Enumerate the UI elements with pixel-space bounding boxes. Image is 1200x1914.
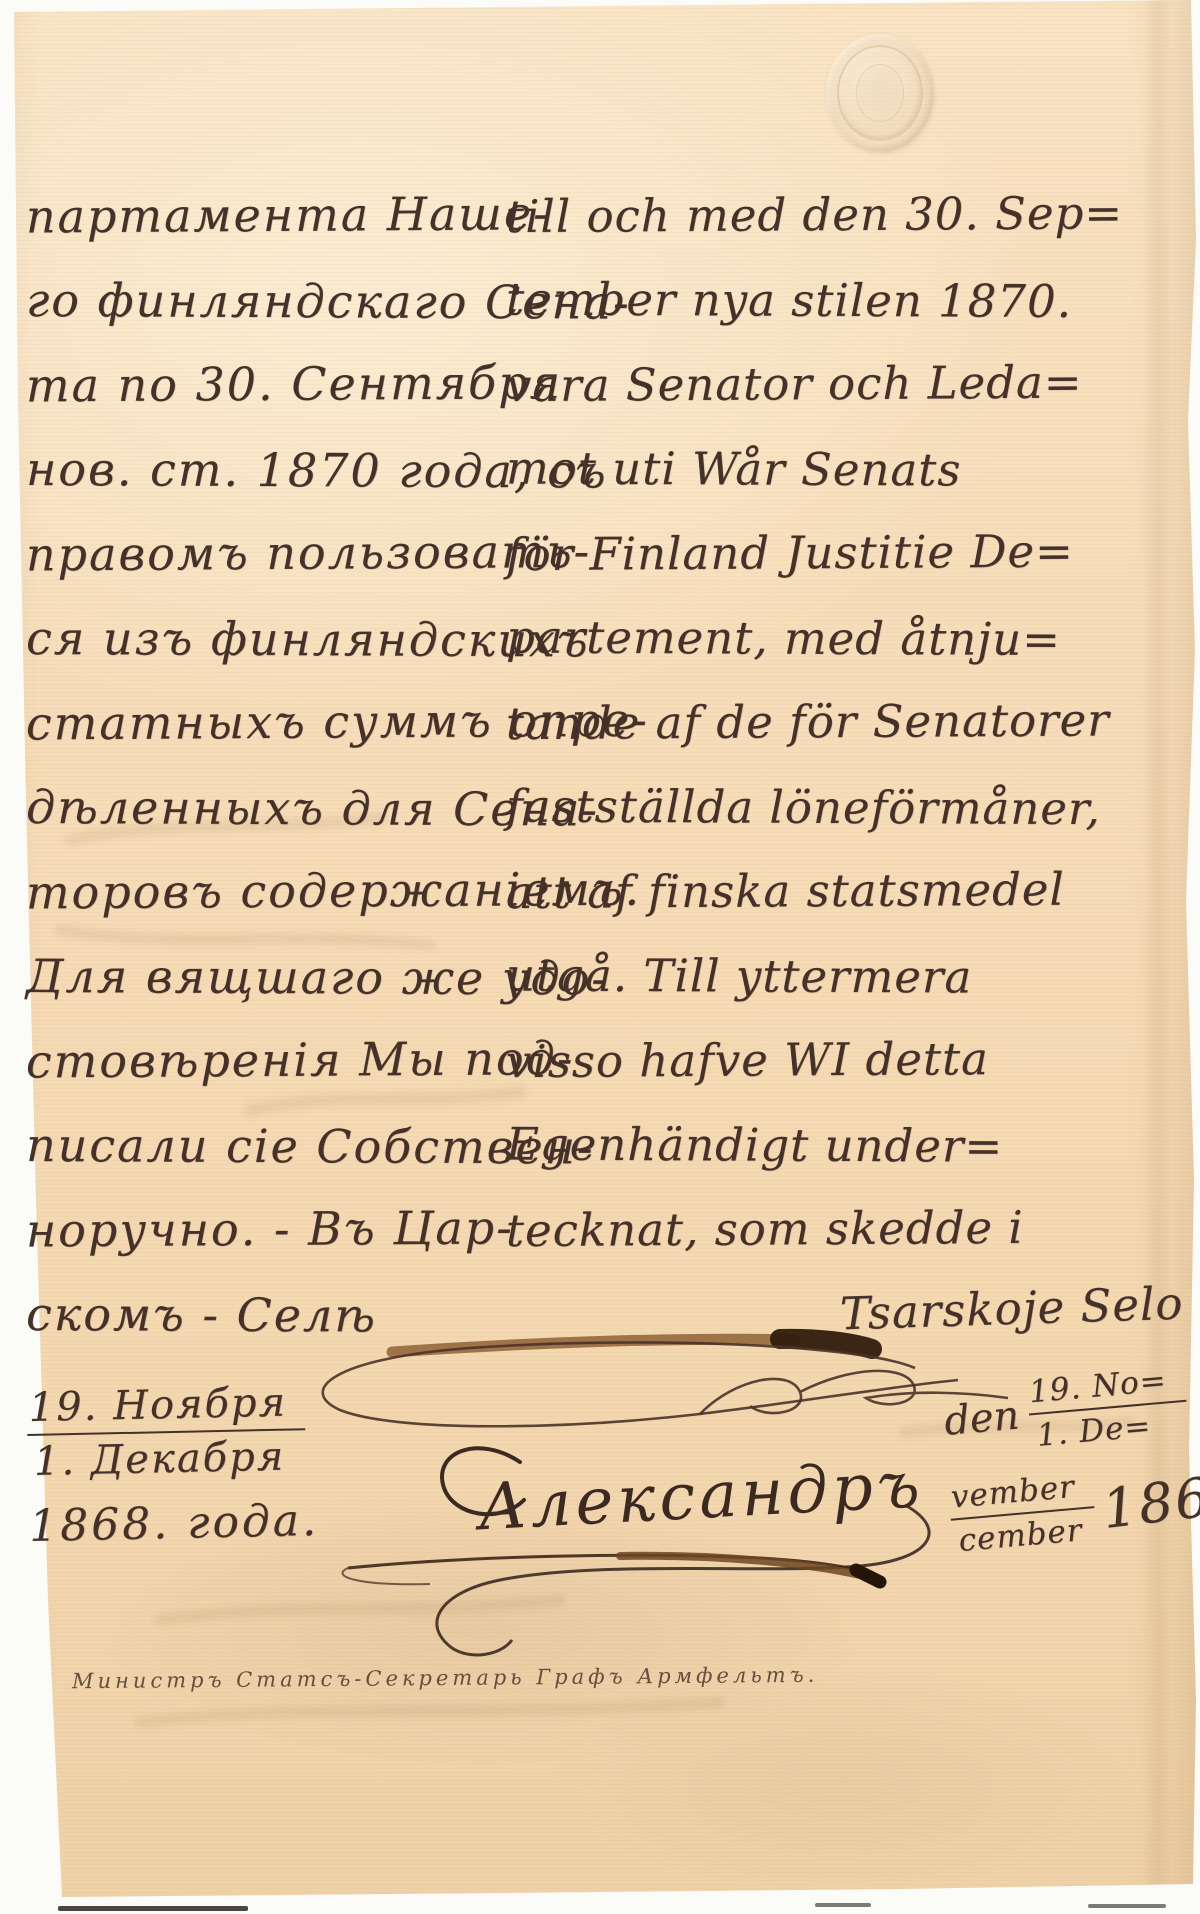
text-line: att af finska statsmedel (506, 862, 1199, 951)
text-line: utgå. Till yttermera (506, 948, 1198, 1036)
date-fraction: 19. Ноября 1. Декабря (26, 1379, 306, 1485)
place-line: Tsarskoje Selo (505, 1276, 1199, 1382)
right-date-block: den 19. No= 1. De= vember cember 1868. (941, 1355, 1200, 1560)
text-line: писали сіе Собствен- (26, 1117, 504, 1204)
text-line: правомъ пользовать- (26, 525, 505, 612)
embossed-seal-icon (826, 34, 934, 152)
left-date-block: 19. Ноября 1. Декабря 1868. года. (26, 1379, 319, 1552)
text-line: tember nya stilen 1870. (506, 272, 1198, 360)
text-line: стовѣренія Мы под- (26, 1032, 505, 1119)
text-line: fastställda löneförmåner, (506, 779, 1198, 867)
text-line: го финляндскаго Сена- (26, 272, 504, 359)
text-line: partement, med åtnju= (506, 610, 1198, 698)
text-line: mot uti Wår Senats (506, 441, 1198, 529)
russian-column: партамента Наше- го финляндскаго Сена- т… (26, 188, 504, 1371)
text-line: та по 30. Сентября (26, 356, 505, 443)
text-line: торовъ содержаніемъ. (26, 863, 505, 950)
date-fraction: vember cember (947, 1467, 1098, 1559)
text-line: tande af de för Senatorer (506, 693, 1199, 782)
date-year: 1868. года. (29, 1495, 320, 1552)
text-line: för Finland Justitie De= (506, 524, 1199, 613)
text-line: скомъ - Селѣ (26, 1286, 504, 1373)
date-prefix: den (942, 1392, 1021, 1444)
text-line: нов. ст. 1870 года, съ (26, 441, 504, 528)
scan-artifact (58, 1906, 248, 1911)
text-line: статныхъ суммъ опре- (26, 694, 505, 781)
text-line: tecknat, som skedde i (506, 1200, 1199, 1289)
scan-artifact (1088, 1904, 1166, 1908)
date-old-style: 19. Ноября (26, 1379, 305, 1436)
text-line: till och med den 30. Sep= (506, 186, 1199, 275)
text-line: Для вящшаго же удо- (26, 948, 504, 1035)
text-line: дѣленныхъ для Сена- (26, 779, 504, 866)
date-fraction: 19. No= 1. De= (1026, 1361, 1190, 1454)
swedish-column: till och med den 30. Sep= tember nya sti… (506, 188, 1198, 1371)
text-line: партамента Наше- (26, 187, 505, 274)
scan-artifact (815, 1903, 871, 1907)
text-line: Egenhändigt under= (506, 1117, 1198, 1205)
text-line: visso hafve WI detta (506, 1031, 1199, 1120)
text-line: vara Senator och Leda= (506, 355, 1199, 444)
seal-core (856, 64, 904, 122)
date-year: 1868. (1099, 1458, 1200, 1541)
text-line: ся изъ финляндскихъ (26, 610, 504, 697)
date-new-style: 1. Декабря (27, 1430, 306, 1485)
text-line: норучно. - Въ Цар- (26, 1201, 505, 1288)
